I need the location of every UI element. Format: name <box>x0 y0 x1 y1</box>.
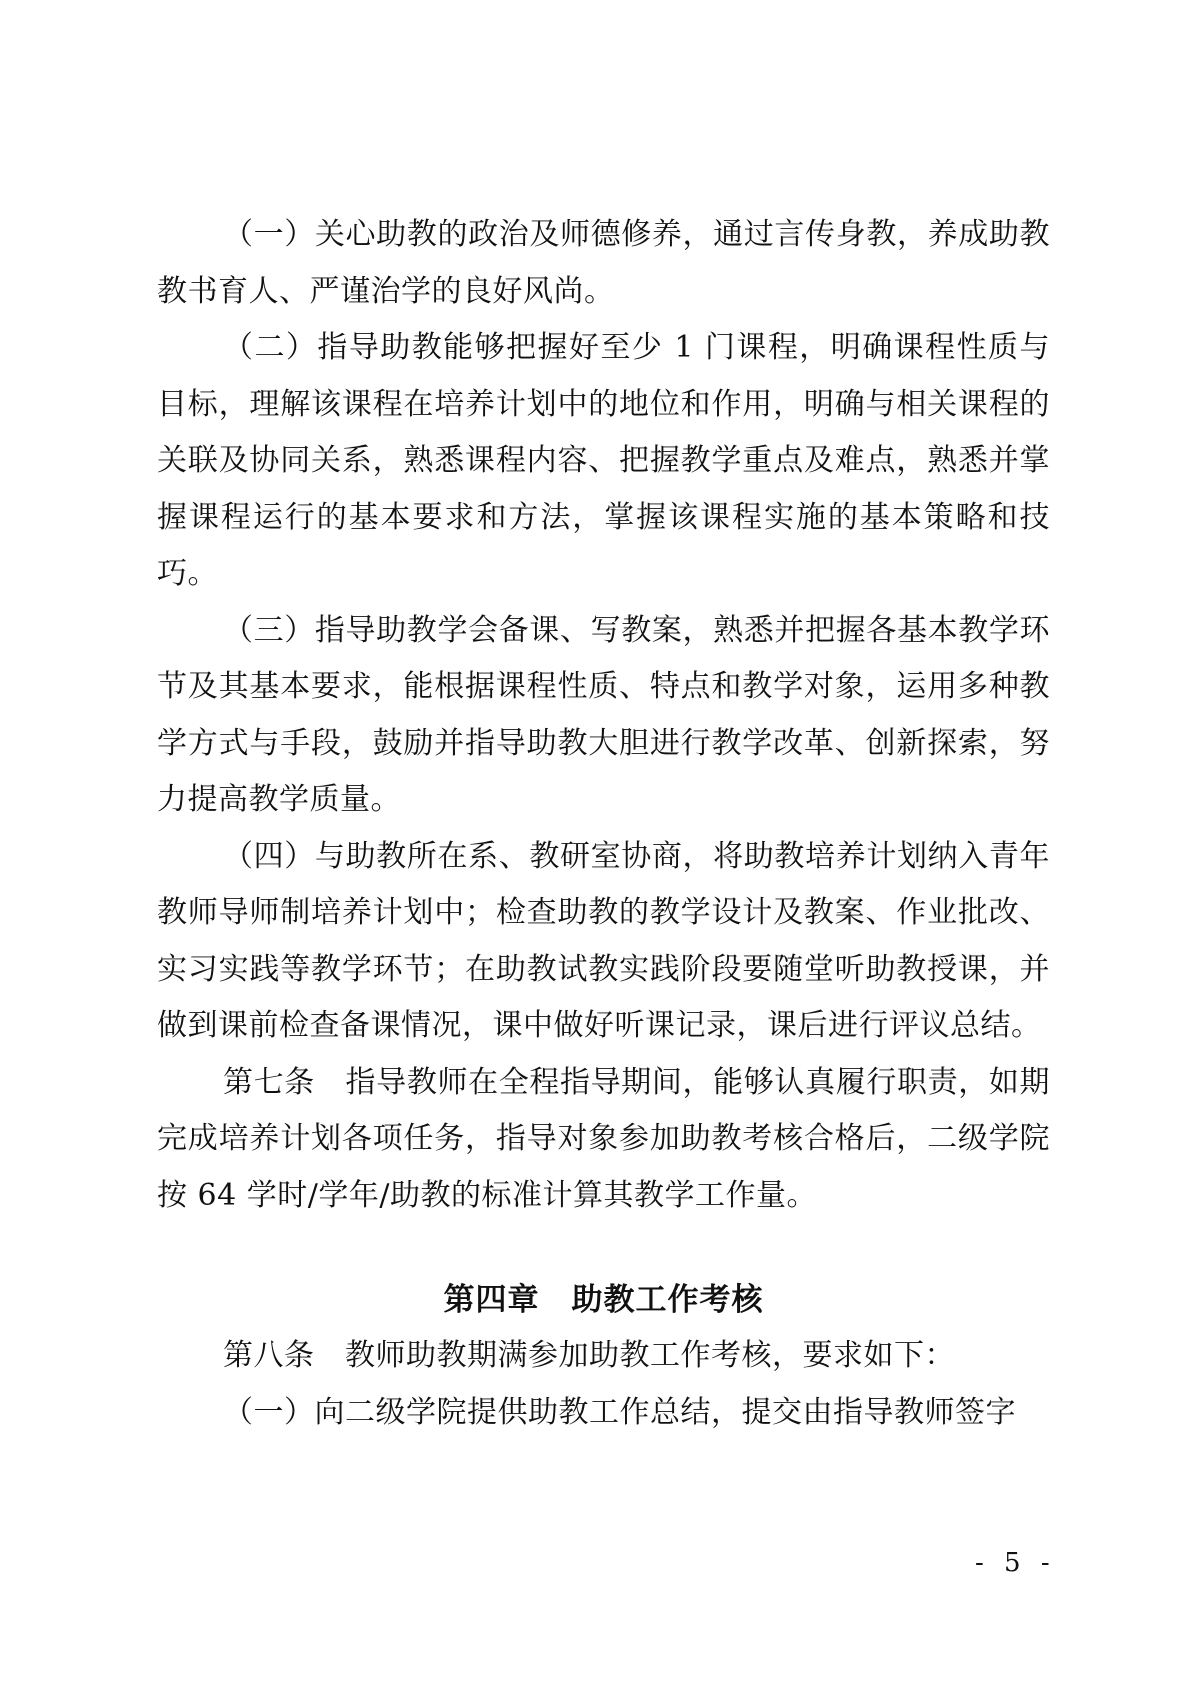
article-8-text: 教师助教期满参加助教工作考核，要求如下： <box>345 1338 955 1373</box>
chapter-title: 助教工作考核 <box>572 1282 764 1318</box>
article-7-gap <box>315 1065 346 1100</box>
paragraph-item-1: （一）关心助教的政治及师德修养，通过言传身教，养成助教教书育人、严谨治学的良好风… <box>157 207 1050 320</box>
paragraph-item-4: （四）与助教所在系、教研室协商，将助教培养计划纳入青年教师导师制培养计划中；检查… <box>157 829 1050 1055</box>
document-page: （一）关心助教的政治及师德修养，通过言传身教，养成助教教书育人、严谨治学的良好风… <box>157 207 1050 1441</box>
article-7-label: 第七条 <box>223 1065 315 1100</box>
paragraph-item-2: （二）指导助教能够把握好至少 1 门课程，明确课程性质与目标，理解该课程在培养计… <box>157 320 1050 603</box>
article-8-label: 第八条 <box>223 1338 315 1373</box>
chapter-gap <box>540 1282 572 1318</box>
paragraph-article-8: 第八条 教师助教期满参加助教工作考核，要求如下： <box>157 1328 1050 1385</box>
paragraph-article-7: 第七条 指导教师在全程指导期间，能够认真履行职责，如期完成培养计划各项任务，指导… <box>157 1055 1050 1225</box>
page-number: - 5 - <box>975 1548 1056 1578</box>
paragraph-item-8-1: （一）向二级学院提供助教工作总结，提交由指导教师签字 <box>157 1385 1050 1442</box>
paragraph-item-3: （三）指导助教学会备课、写教案，熟悉并把握各基本教学环节及其基本要求，能根据课程… <box>157 603 1050 829</box>
chapter-heading: 第四章 助教工作考核 <box>157 1272 1050 1328</box>
chapter-number: 第四章 <box>444 1282 540 1318</box>
article-8-gap <box>315 1338 346 1373</box>
